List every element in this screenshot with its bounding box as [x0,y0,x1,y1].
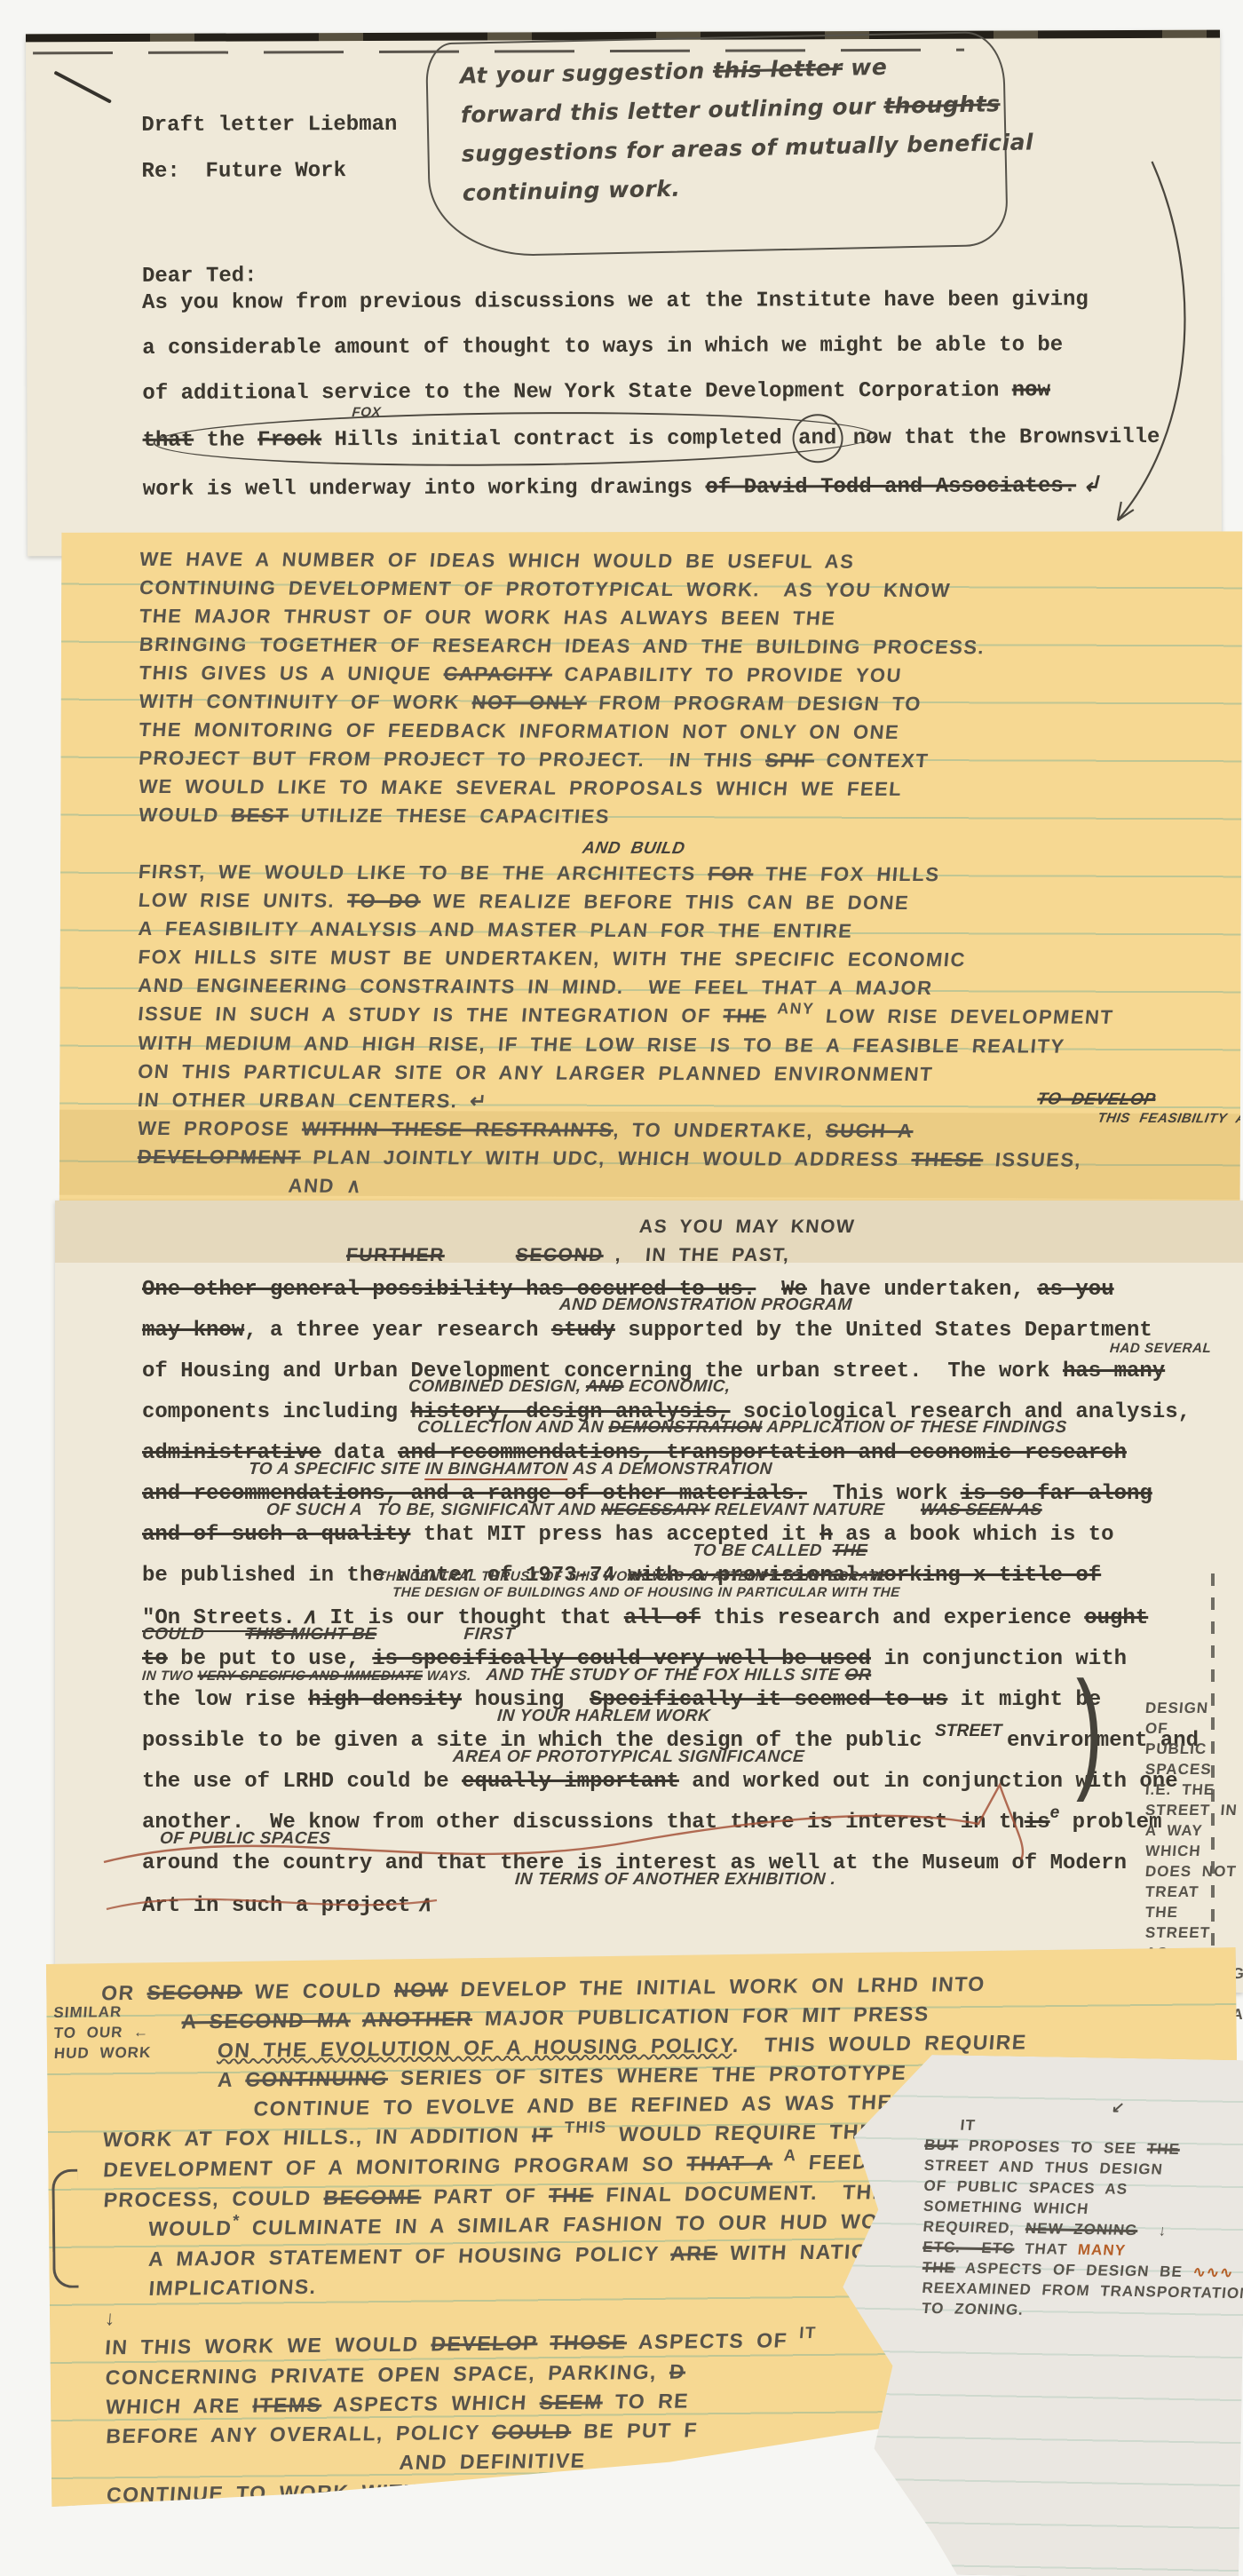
text-line: a considerable amount of thought to ways… [142,322,1207,371]
text-line: of additional service to the New York St… [142,368,1207,416]
text-line: AND ∧ [136,1171,1231,1203]
text-line: I.E. THE [1144,1779,1243,1800]
torn-paper-scrap: ↙ITBUT PROPOSES TO SEE THESTREET AND THU… [812,2053,1243,2576]
text-line: Art in such a project ∧IN TERMS OF ANOTH… [142,1884,1172,1927]
text-line: FURTHER SECOND , IN THE PAST, [141,1241,1174,1270]
text-line: the use of LRHD could be equally importa… [142,1762,1172,1803]
text-line: WE HAVE A NUMBER OF IDEAS WHICH WOULD BE… [139,545,1233,577]
text-line: DEVELOPMENT PLAN JOINTLY WITH UDC, WHICH… [136,1143,1231,1175]
text-line: THIS GIVES US A UNIQUE CAPACITY CAPABILI… [138,659,1232,691]
handwritten-note-block: ↙ITBUT PROPOSES TO SEE THESTREET AND THU… [922,2094,1236,2324]
text-line: and of such a quality that MIT press has… [142,1515,1172,1556]
text-line: SPACES [1144,1759,1243,1779]
text-line: STREET IN [1144,1800,1243,1820]
text-line: WE WOULD LIKE TO MAKE SEVERAL PROPOSALS … [138,773,1232,805]
text-line: TREAT [1144,1882,1243,1902]
yellow-pad-sheet-1: WE HAVE A NUMBER OF IDEAS WHICH WOULD BE… [59,527,1243,1216]
typed-page-top: Draft letter Liebman Re: Future Work At … [26,30,1222,557]
text-line: FIRST, WE WOULD LIKE TO BE THE ARCHITECT… [138,858,1232,890]
text-line: PUBLIC [1144,1739,1243,1759]
text-line: LOW RISE UNITS. TO DO WE REALIZE BEFORE … [137,886,1231,918]
typed-paragraph: As you know from previous discussions we… [142,277,1208,512]
text-line: AND ENGINEERING CONSTRAINTS IN MIND. WE … [137,971,1231,1003]
text-line: DOES NOT [1144,1861,1243,1882]
text-line: WOULD BEST UTILIZE THESE CAPACITIES [138,801,1232,833]
text-line: ISSUE IN SUCH A STUDY IS THE INTEGRATION… [137,1000,1231,1033]
text-line: AS YOU MAY KNOW [141,1213,1174,1241]
paren-annotation: ) [1076,1652,1103,1805]
text-line: OF [1144,1718,1243,1739]
text-line: THE [1144,1902,1243,1922]
bracket-annotation [51,2169,78,2288]
text-line: WE PROPOSE WITHIN THESE RESTRAINTS, TO U… [137,1114,1231,1146]
typed-page-middle: AS YOU MAY KNOWFURTHER SECOND , IN THE P… [55,1201,1243,1993]
text-line: WITH CONTINUITY OF WORK NOT ONLY FROM PR… [138,687,1232,719]
text-line: TO ZONING. [921,2298,1233,2324]
text-line: A WAY [1144,1820,1243,1841]
text-line: STREET [1144,1922,1243,1943]
handwritten-note: At your suggestion this letter weforward… [460,45,996,213]
text-line: THE MONITORING OF FEEDBACK INFORMATION N… [138,716,1232,748]
doc-title: Draft letter Liebman [141,102,397,148]
text-line: BRINGING TOGETHER OF RESEARCH IDEAS AND … [138,630,1232,662]
handwritten-text-block: WE HAVE A NUMBER OF IDEAS WHICH WOULD BE… [138,545,1232,1203]
text-line: WHICH [1144,1841,1243,1861]
typed-paragraph: AS YOU MAY KNOWFURTHER SECOND , IN THE P… [142,1213,1172,1927]
text-line: PROJECT BUT FROM PROJECT TO PROJECT. IN … [138,744,1232,776]
text-line: FOX HILLS SITE MUST BE UNDERTAKEN, WITH … [137,943,1231,975]
scanned-document: Draft letter Liebman Re: Future Work At … [0,0,1243,2576]
text-line: WITH MEDIUM AND HIGH RISE, IF THE LOW RI… [137,1029,1231,1061]
text-line: work is well underway into working drawi… [143,462,1208,512]
text-line: A FEASIBILITY ANALYSIS AND MASTER PLAN F… [137,915,1231,947]
text-line: CONTINUING DEVELOPMENT OF PROTOTYPICAL W… [139,574,1233,606]
pen-stroke-mark [53,71,112,104]
text-line: ON THIS PARTICULAR SITE OR ANY LARGER PL… [137,1058,1231,1090]
text-line: As you know from previous discussions we… [142,277,1207,326]
text-line: may know, a three year research study su… [142,1311,1172,1351]
text-line: THE MAJOR THRUST OF OUR WORK HAS ALWAYS … [139,602,1233,634]
doc-subject: Re: Future Work [141,148,346,194]
text-line: DESIGN [1144,1698,1243,1718]
